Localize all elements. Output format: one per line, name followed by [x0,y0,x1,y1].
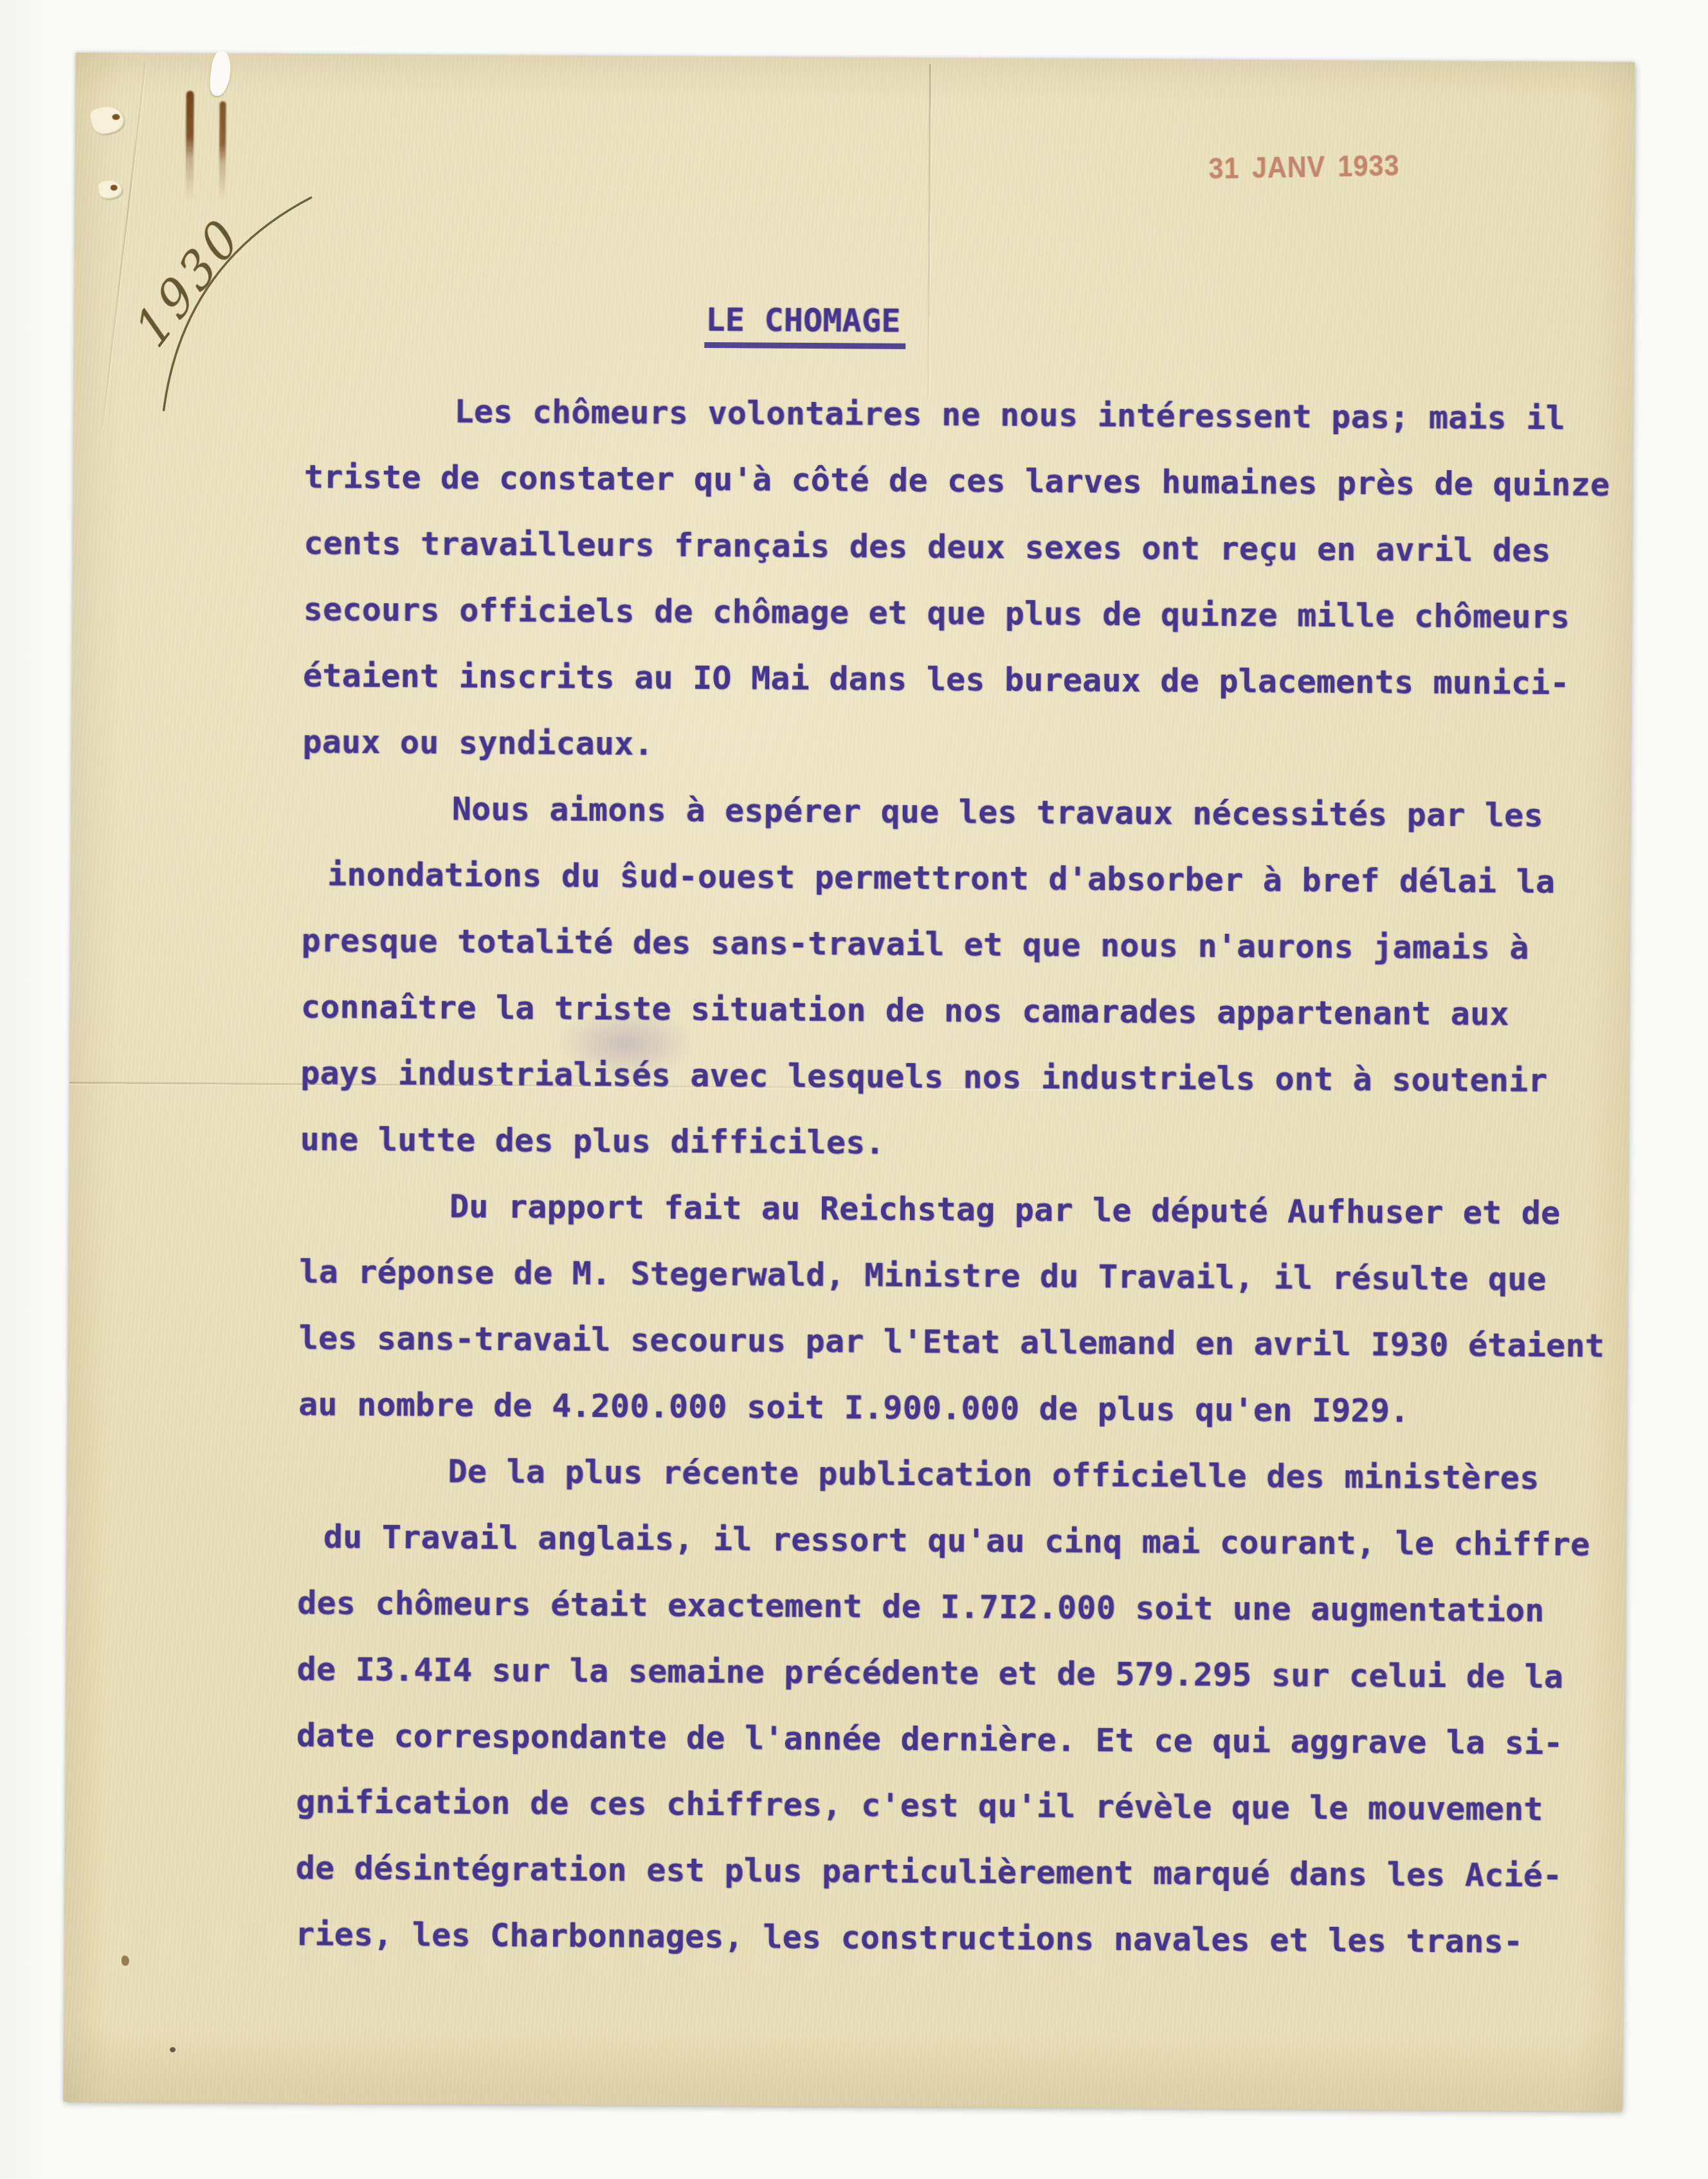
text-line: ries, les Charbonnages, les construction… [295,1901,1698,1976]
staple-emboss-mark [89,103,127,137]
text-line: la réponse de M. Stegerwald, Ministre du… [299,1239,1702,1313]
rust-dot [111,185,118,190]
rust-streak [186,91,194,200]
paper-tear-mark [208,50,233,97]
text-line: triste de constater qu'à côté de ces lar… [304,444,1707,518]
text-line: de désintégration est plus particulièrem… [295,1835,1698,1910]
text-line: connaître la triste situation de nos cam… [301,974,1703,1048]
text-line: De la plus récente publication officiell… [298,1437,1700,1512]
document-body: Les chômeurs volontaires ne nous intéres… [295,378,1707,1976]
text-line: du Travail anglais, il ressort qu'au cin… [298,1504,1700,1578]
text-line: les sans-travail secourus par l'Etat all… [298,1305,1701,1380]
text-line: pays industrialisés avec lesquels nos in… [300,1040,1703,1115]
page-title: LE CHOMAGE [704,301,905,349]
text-line: cents travailleurs français des deux sex… [304,510,1706,585]
document-page: 1930 31 JANV 1933 LE CHOMAGE Les chômeur… [64,53,1635,2111]
text-line: des chômeurs était exactement de I.7I2.0… [297,1570,1700,1645]
vertical-crease [927,64,931,399]
stain-dot [170,2047,176,2052]
text-line: de I3.4I4 sur la semaine précédente et d… [296,1636,1699,1711]
text-line: gnification de ces chiffres, c'est qu'il… [296,1769,1698,1843]
text-line: inondations du ŝud-ouest permettront d'a… [302,841,1704,916]
page-title-text: LE CHOMAGE [704,301,905,349]
rust-dot [112,114,120,120]
text-line: secours officiels de chômage et que plus… [303,576,1705,651]
text-line: au nombre de 4.200.000 soit I.900.000 de… [298,1371,1701,1446]
text-line: une lutte des plus difficiles. [300,1106,1702,1181]
text-line: presque totalité des sans-travail et que… [301,907,1703,982]
text-line: Du rapport fait au Reichstag par le dépu… [300,1172,1702,1247]
date-stamp: 31 JANV 1933 [1208,148,1399,186]
text-line: Nous aimons à espérer que les travaux né… [302,775,1705,850]
text-line: Les chômeurs volontaires ne nous intéres… [304,378,1707,452]
text-line: étaient inscrits au IO Mai dans les bure… [303,643,1705,717]
text-line: date correspondante de l'année dernière.… [296,1702,1699,1777]
text-line: paux ou syndicaux. [302,709,1705,783]
